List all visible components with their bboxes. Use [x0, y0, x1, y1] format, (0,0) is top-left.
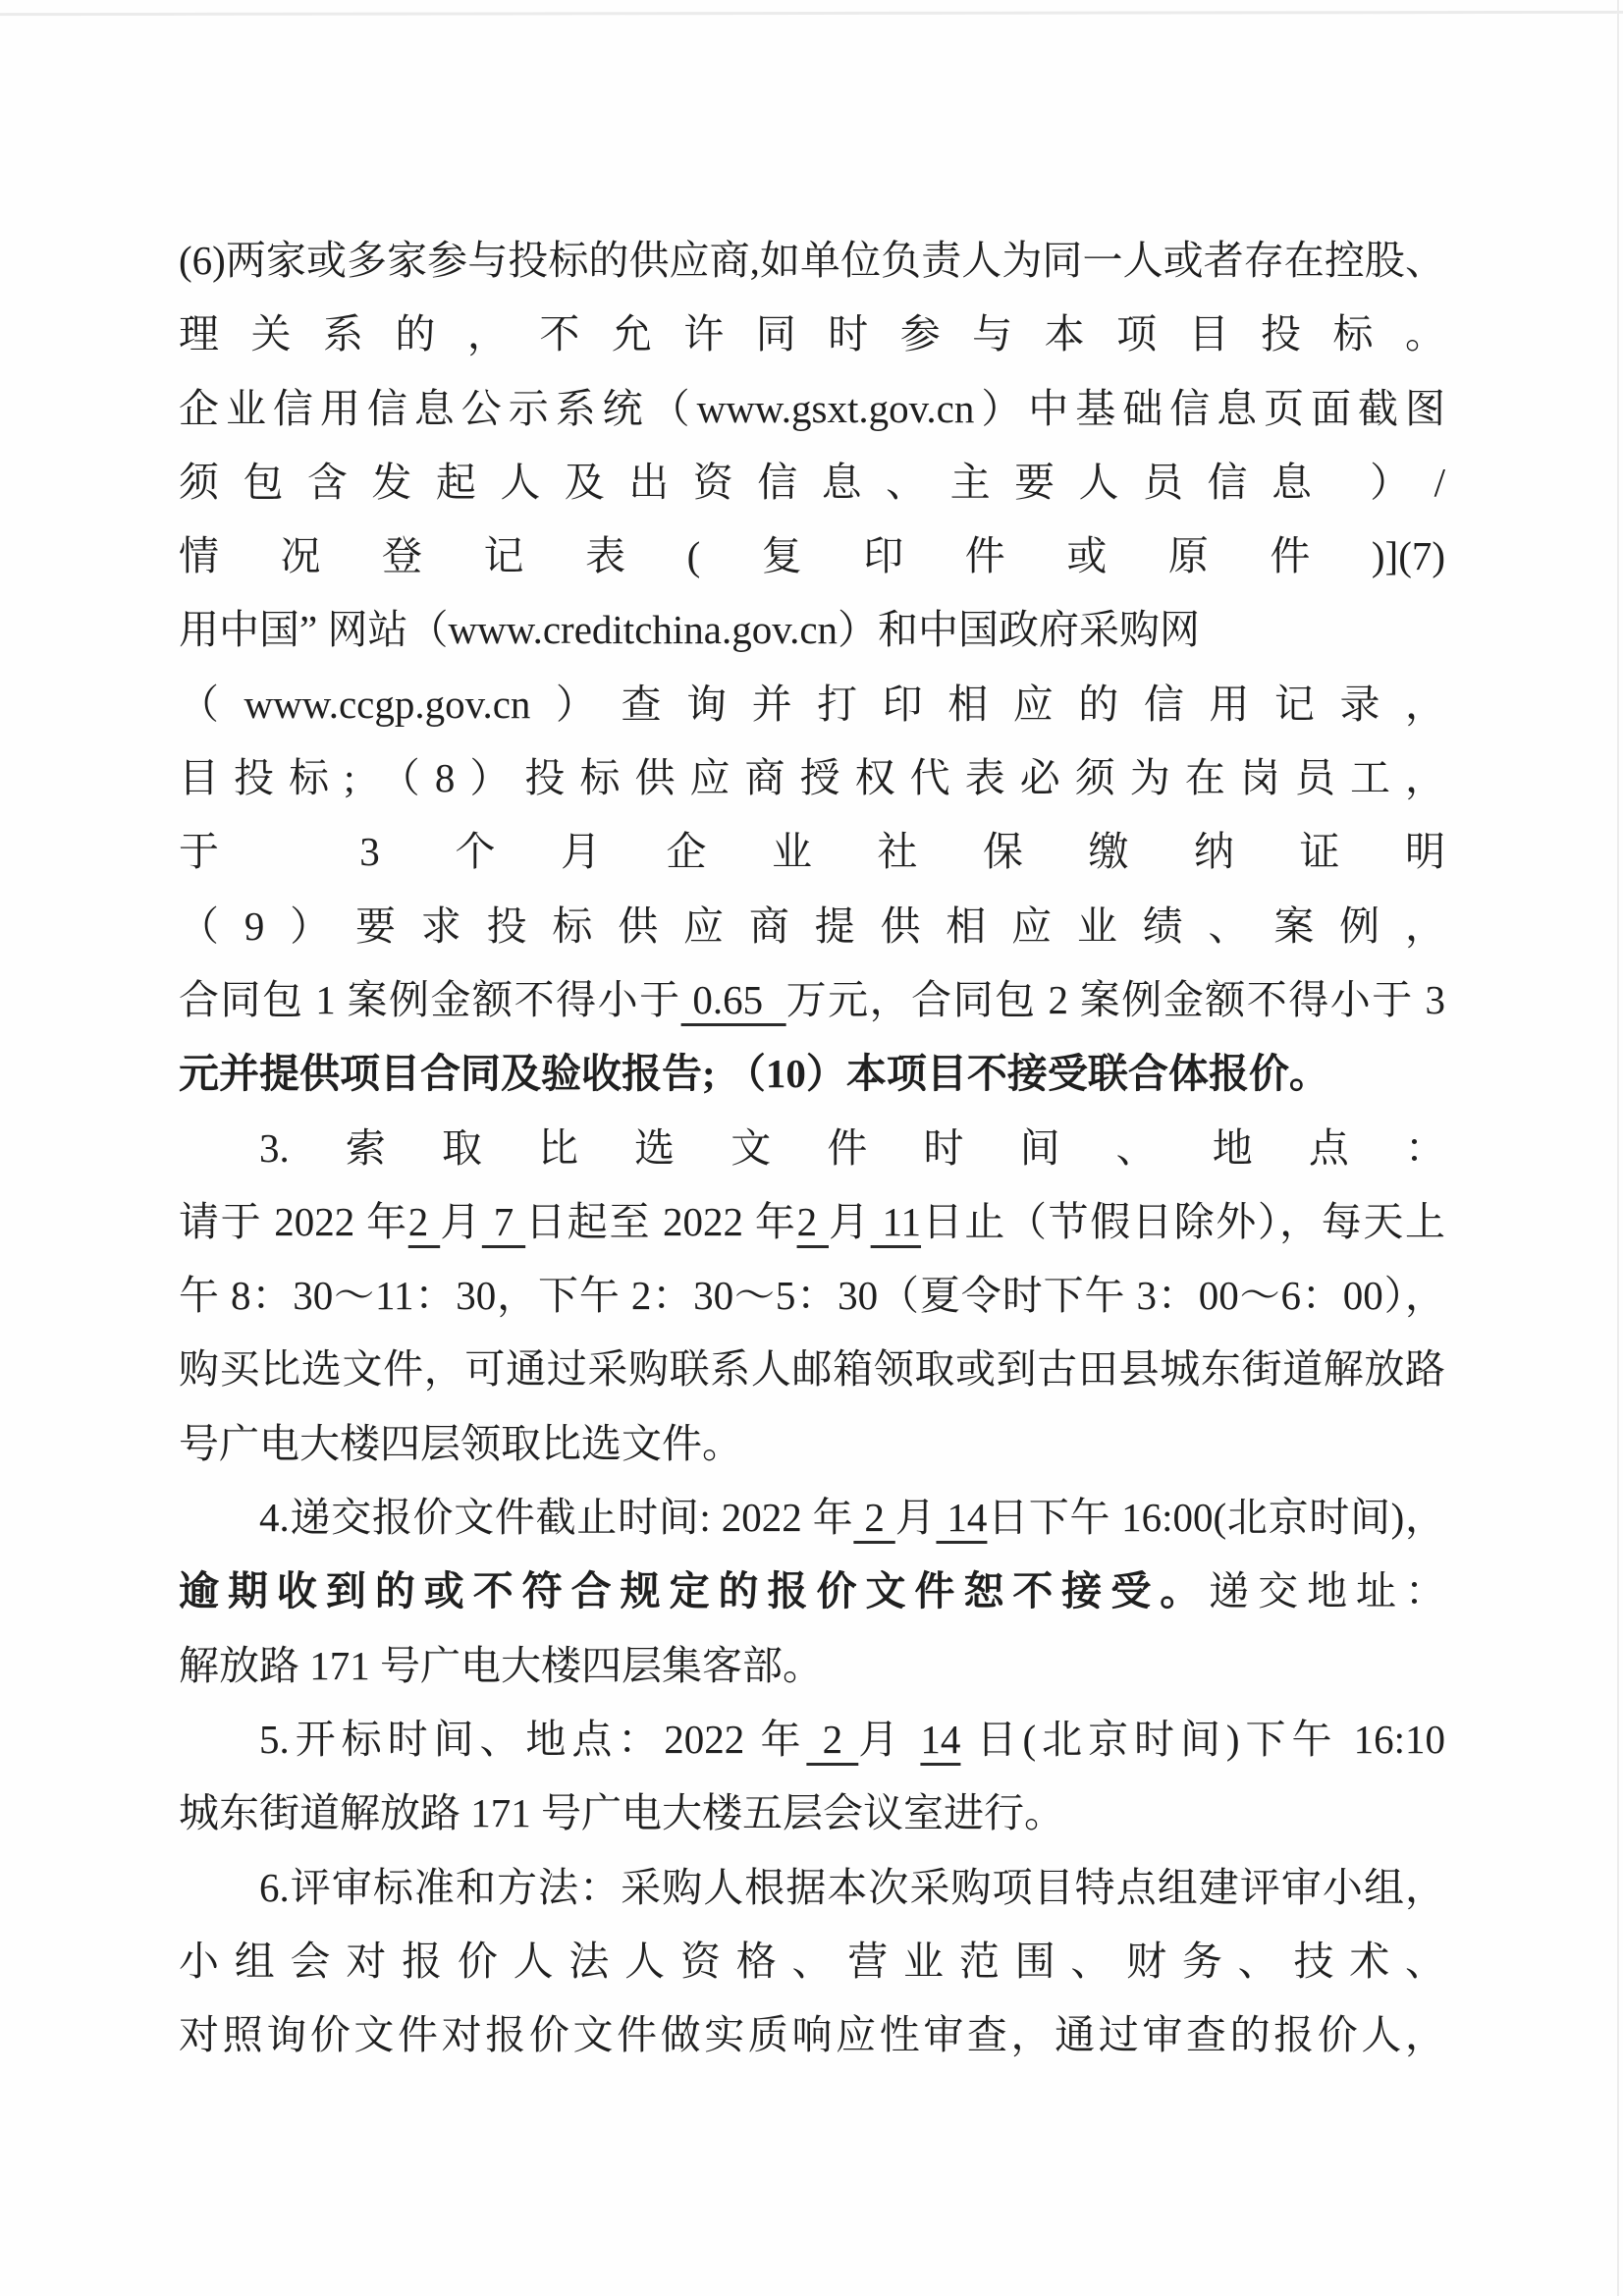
text-segment: 号广电大楼四层领取比选文件。	[179, 1421, 742, 1466]
document-line-20: 解放路 171 号广电大楼四层集客部。	[179, 1629, 1445, 1703]
text-segment: 理关系的，不允许同时参与本项目投标。[投标人需在投标文件中提供国家	[179, 311, 1445, 371]
underlined-value: 7	[482, 1199, 525, 1244]
document-line-10: （9）要求投标供应商提供相应业绩、案例，案例要求为已验收完成的项目，	[179, 890, 1445, 963]
text-segment: 5.开标时间、地点：2022 年	[259, 1717, 806, 1762]
document-line-15: 午 8：30～11：30，下午 2：30～5：30（夏令时下午 3：00～6：0…	[179, 1259, 1445, 1333]
document-line-19: 逾期收到的或不符合规定的报价文件恕不接受。递交地址：古田县城东街道	[179, 1555, 1445, 1628]
document-line-13: 3.索取比选文件时间、地点：凡符合条件且愿意参加报价的合格报价人	[179, 1112, 1445, 1185]
text-segment: 用中国” 网站（www.creditchina.gov.cn）和中国政府采购网	[179, 607, 1200, 652]
underlined-value: 2	[408, 1199, 440, 1244]
text-segment: 月	[829, 1199, 871, 1244]
document-line-25: 对照询价文件对报价文件做实质响应性审查，通过审查的报价人，经综合评	[179, 1998, 1445, 2072]
text-segment: 日起至 2022 年	[525, 1199, 796, 1244]
text-segment: 须包含发起人及出资信息、主要人员信息 ）/或由工商盖章确认的企业内资	[179, 460, 1445, 519]
document-line-3: 企业信用信息公示系统（www.gsxt.gov.cn）中基础信息页面截图（截图必	[179, 372, 1445, 446]
text-segment: （www.ccgp.gov.cn）查询并打印相应的信用记录，失信企业不允许参与项	[179, 682, 1445, 741]
text-segment: 情况登记表(复印件或原件)](7)投标供应商在投标截止时间前分别通过“信	[179, 533, 1445, 593]
text-segment: 6.评审标准和方法：采购人根据本次采购项目特点组建评审小组，评审	[179, 1865, 1445, 1925]
text-segment: 城东街道解放路 171 号广电大楼五层会议室进行。	[179, 1790, 1064, 1835]
document-line-11: 合同包 1 案例金额不得小于 0.65 万元，合同包 2 案例金额不得小于 3 …	[179, 963, 1445, 1037]
text-segment: 月	[858, 1717, 920, 1762]
document-line-14: 请于 2022 年2 月 7 日起至 2022 年2 月 11日止（节假日除外）…	[179, 1185, 1445, 1259]
document-line-7: （www.ccgp.gov.cn）查询并打印相应的信用记录，失信企业不允许参与项	[179, 668, 1445, 741]
bold-text-segment: 元并提供项目合同及验收报告; （10）本项目不接受联合体报价。	[179, 1051, 1329, 1096]
text-segment: 4.递交报价文件截止时间: 2022 年	[259, 1495, 853, 1540]
text-segment: 对照询价文件对报价文件做实质响应性审查，通过审查的报价人，经综合评	[179, 2012, 1445, 2072]
document-line-16: 购买比选文件，可通过采购联系人邮箱领取或到古田县城东街道解放路 171	[179, 1333, 1445, 1406]
scan-edge-right-artifact	[1617, 0, 1619, 2296]
underlined-value: 14	[920, 1717, 960, 1762]
text-segment: 合同包 1 案例金额不得小于	[179, 977, 681, 1022]
text-segment: 小组会对报价人法人资格、营业范围、财务、技术、生产能力等做资格审查，	[179, 1939, 1445, 1998]
text-segment: 日止（节假日除外），每天上	[921, 1199, 1445, 1244]
underlined-value: 11	[871, 1199, 921, 1244]
text-segment: 月	[440, 1199, 482, 1244]
text-segment: 午 8：30～11：30，下午 2：30～5：30（夏令时下午 3：00～6：0…	[179, 1273, 1445, 1333]
text-segment: (6)两家或多家参与投标的供应商,如单位负责人为同一人或者存在控股、管	[179, 238, 1445, 298]
document-line-22: 城东街道解放路 171 号广电大楼五层会议室进行。	[179, 1777, 1445, 1850]
text-segment: 购买比选文件，可通过采购联系人邮箱领取或到古田县城东街道解放路 171	[179, 1346, 1445, 1406]
document-line-9: 于 3 个月企业社保缴纳证明（授权代表若为报价单位法人此项可不提供）;	[179, 815, 1445, 889]
text-segment: 目投标; （8）投标供应商授权代表必须为在岗员工，提供投标日期前不少	[179, 755, 1445, 815]
document-line-6: 用中国” 网站（www.creditchina.gov.cn）和中国政府采购网	[179, 593, 1445, 667]
document-line-2: 理关系的，不允许同时参与本项目投标。[投标人需在投标文件中提供国家	[179, 298, 1445, 371]
document-line-18: 4.递交报价文件截止时间: 2022 年 2 月 14日下午 16:00(北京时…	[179, 1481, 1445, 1555]
text-segment: 日下午 16:00(北京时间)，	[987, 1495, 1445, 1540]
text-segment: 月	[895, 1495, 937, 1540]
document-line-23: 6.评审标准和方法：采购人根据本次采购项目特点组建评审小组，评审	[179, 1851, 1445, 1925]
scan-edge-top-artifact	[0, 11, 1623, 16]
underlined-value: 2	[853, 1495, 894, 1540]
document-line-4: 须包含发起人及出资信息、主要人员信息 ）/或由工商盖章确认的企业内资	[179, 446, 1445, 519]
document-line-24: 小组会对报价人法人资格、营业范围、财务、技术、生产能力等做资格审查，	[179, 1925, 1445, 1998]
underlined-value: 0.65	[681, 977, 786, 1022]
text-segment: 企业信用信息公示系统（www.gsxt.gov.cn）中基础信息页面截图（截图必	[179, 386, 1445, 446]
document-text-block: (6)两家或多家参与投标的供应商,如单位负责人为同一人或者存在控股、管理关系的，…	[179, 224, 1445, 2072]
underlined-value: 2	[806, 1717, 858, 1762]
text-segment: 请于 2022 年	[179, 1199, 408, 1244]
document-line-1: (6)两家或多家参与投标的供应商,如单位负责人为同一人或者存在控股、管	[179, 224, 1445, 298]
document-line-21: 5.开标时间、地点：2022 年 2 月 14 日(北京时间)下午 16:10 …	[179, 1703, 1445, 1777]
underlined-value: 14	[936, 1495, 987, 1540]
document-page: (6)两家或多家参与投标的供应商,如单位负责人为同一人或者存在控股、管理关系的，…	[0, 0, 1623, 2296]
document-line-12: 元并提供项目合同及验收报告; （10）本项目不接受联合体报价。	[179, 1037, 1445, 1111]
text-segment: （9）要求投标供应商提供相应业绩、案例，案例要求为已验收完成的项目，	[179, 903, 1445, 963]
document-line-8: 目投标; （8）投标供应商授权代表必须为在岗员工，提供投标日期前不少	[179, 741, 1445, 815]
document-line-17: 号广电大楼四层领取比选文件。	[179, 1407, 1445, 1481]
text-segment: 3.索取比选文件时间、地点：凡符合条件且愿意参加报价的合格报价人	[179, 1125, 1445, 1185]
document-line-5: 情况登记表(复印件或原件)](7)投标供应商在投标截止时间前分别通过“信	[179, 519, 1445, 593]
text-segment: 解放路 171 号广电大楼四层集客部。	[179, 1643, 823, 1688]
text-segment: 于 3 个月企业社保缴纳证明（授权代表若为报价单位法人此项可不提供）;	[179, 829, 1445, 889]
underlined-value: 2	[797, 1199, 829, 1244]
bold-text-segment: 逾期收到的或不符合规定的报价文件恕不接受。	[179, 1568, 1209, 1613]
